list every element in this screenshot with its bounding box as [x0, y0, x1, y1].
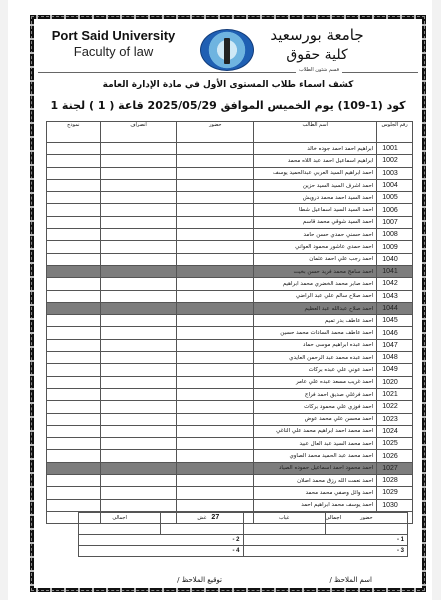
col-form: نموذج — [47, 122, 101, 143]
table-row: 1001ابراهيم احمد احمد جوده خالد — [47, 143, 413, 155]
university-logo-icon — [200, 29, 254, 71]
form-cell[interactable] — [47, 475, 101, 487]
form-cell[interactable] — [47, 339, 101, 351]
student-name: احمد وائل وصفي محمد محمد — [254, 487, 377, 499]
table-row: 1049احمد عوني علي عبده بركات — [47, 364, 413, 376]
form-cell[interactable] — [47, 241, 101, 253]
divider — [38, 72, 418, 73]
student-name: احمد محمود احمد اسماعيل حموده الصياد — [254, 462, 377, 474]
header-english: Port Said University Faculty of law — [46, 28, 181, 59]
summary-total: اجمالى — [79, 513, 161, 524]
form-cell[interactable] — [47, 327, 101, 339]
attendance-cell[interactable] — [177, 155, 254, 167]
table-row: 1007احمد السيد شوقي محمد قاسم — [47, 216, 413, 228]
summary-item-1: 1 - — [243, 535, 408, 546]
form-cell[interactable] — [47, 253, 101, 265]
seat-number: 1007 — [377, 216, 413, 228]
departure-cell[interactable] — [100, 241, 177, 253]
form-cell[interactable] — [47, 450, 101, 462]
departure-cell[interactable] — [100, 302, 177, 314]
summary-absence: غياب — [243, 513, 325, 524]
seat-number: 1020 — [377, 376, 413, 388]
seat-number: 1046 — [377, 327, 413, 339]
table-row: 1006احمد السيد السيد اسماعيل شطا — [47, 204, 413, 216]
summary-item-3: 3 - — [243, 546, 408, 557]
departure-cell[interactable] — [100, 155, 177, 167]
seat-number: 1048 — [377, 352, 413, 364]
form-cell[interactable] — [47, 192, 101, 204]
attendance-cell[interactable] — [177, 229, 254, 241]
seat-number: 1003 — [377, 167, 413, 179]
attendance-cell[interactable] — [177, 352, 254, 364]
document-title: كشف اسماء طلاب المستوى الأول في مادة الإ… — [38, 80, 418, 90]
seat-number: 1041 — [377, 265, 413, 277]
departure-cell[interactable] — [100, 376, 177, 388]
departure-cell[interactable] — [100, 265, 177, 277]
form-cell[interactable] — [47, 315, 101, 327]
summary-total-value[interactable] — [79, 524, 161, 535]
form-cell[interactable] — [47, 388, 101, 400]
student-name: ابراهيم احمد احمد جوده خالد — [254, 143, 377, 155]
departure-cell[interactable] — [100, 315, 177, 327]
departure-cell[interactable] — [100, 229, 177, 241]
summary-cheating: غش — [161, 513, 243, 524]
attendance-cell[interactable] — [177, 462, 254, 474]
form-cell[interactable] — [47, 499, 101, 511]
table-row: 1046احمد عاطف محمد السادات محمد حسين — [47, 327, 413, 339]
departure-cell[interactable] — [100, 253, 177, 265]
table-row: 1023احمد محسن علي محمد عوض — [47, 413, 413, 425]
student-name: احمد عبده محمد عبد الرحمن العايدي — [254, 352, 377, 364]
student-name: احمد رجب علي احمد عثمان — [254, 253, 377, 265]
summary-table: حضور غياب غش اجمالى 1 - 2 - 3 - 4 - — [78, 512, 408, 557]
seat-number: 1047 — [377, 339, 413, 351]
attendance-cell[interactable] — [177, 425, 254, 437]
table-row: 1003احمد ابراهيم السيد العربي عبدالحميد … — [47, 167, 413, 179]
student-name: احمد حسني حمدي حسن حامد — [254, 229, 377, 241]
col-departure: انصراف — [100, 122, 177, 143]
department-label: قسم شئون الطلاب — [296, 67, 342, 73]
form-cell[interactable] — [47, 265, 101, 277]
student-name: احمد عاطف محمد السادات محمد حسين — [254, 327, 377, 339]
exam-details: كود (1-109) يوم الخميس الموافق 2025/05/2… — [38, 99, 418, 112]
departure-cell[interactable] — [100, 167, 177, 179]
table-row: 1041احمد سامح محمد فريد حسن بخيت — [47, 265, 413, 277]
departure-cell[interactable] — [100, 192, 177, 204]
departure-cell[interactable] — [100, 278, 177, 290]
attendance-cell[interactable] — [177, 315, 254, 327]
table-row: 1005احمد السيد احمد محمد درويش — [47, 192, 413, 204]
university-name-en: Port Said University — [46, 28, 181, 43]
attendance-cell[interactable] — [177, 499, 254, 511]
observer-signature-label: توقيع الملاحظ / — [177, 576, 222, 584]
form-cell[interactable] — [47, 352, 101, 364]
departure-cell[interactable] — [100, 290, 177, 302]
seat-number: 1008 — [377, 229, 413, 241]
seat-number: 1029 — [377, 487, 413, 499]
student-name: احمد اشرف السيد السيد حزين — [254, 179, 377, 191]
attendance-cell[interactable] — [177, 487, 254, 499]
student-name: احمد سامح محمد فريد حسن بخيت — [254, 265, 377, 277]
form-cell[interactable] — [47, 364, 101, 376]
table-row: 1024احمد محمد احمد ابراهيم محمد علي النا… — [47, 425, 413, 437]
summary-row: 1 - 2 - — [79, 535, 408, 546]
student-name: احمد صابر محمد الخضري محمد ابراهيم — [254, 278, 377, 290]
summary-absence-value[interactable] — [243, 524, 325, 535]
student-name: احمد نعمت الله رزق محمد اصلان — [254, 475, 377, 487]
form-cell[interactable] — [47, 413, 101, 425]
seat-number: 1025 — [377, 438, 413, 450]
departure-cell[interactable] — [100, 499, 177, 511]
form-cell[interactable] — [47, 487, 101, 499]
student-name: احمد محمد عبد الحميد محمد الصاوي — [254, 450, 377, 462]
seat-number: 1042 — [377, 278, 413, 290]
form-cell[interactable] — [47, 401, 101, 413]
seat-number: 1049 — [377, 364, 413, 376]
summary-item-2: 2 - — [79, 535, 244, 546]
form-cell[interactable] — [47, 438, 101, 450]
departure-cell[interactable] — [100, 401, 177, 413]
student-name: احمد فوزي علي محمود بركات — [254, 401, 377, 413]
document-page: Port Said University Faculty of law جامع… — [8, 0, 432, 600]
student-name: احمد عوني علي عبده بركات — [254, 364, 377, 376]
seat-number: 1027 — [377, 462, 413, 474]
table-row: 1002ابراهيم اسماعيل احمد عبد اللاه محمد — [47, 155, 413, 167]
attendance-cell[interactable] — [177, 475, 254, 487]
departure-cell[interactable] — [100, 216, 177, 228]
attendance-cell[interactable] — [177, 339, 254, 351]
summary-item-4: 4 - — [79, 546, 244, 557]
table-row: 1004احمد اشرف السيد السيد حزين — [47, 179, 413, 191]
summary-header-row: حضور غياب غش اجمالى — [79, 513, 408, 524]
student-name: احمد محمد السيد عبد العال عبيد — [254, 438, 377, 450]
departure-cell[interactable] — [100, 364, 177, 376]
form-cell[interactable] — [47, 425, 101, 437]
student-name: احمد محسن علي محمد عوض — [254, 413, 377, 425]
table-row: 1047احمد عبده ابراهيم موسى حماد — [47, 339, 413, 351]
table-row: 1027احمد محمود احمد اسماعيل حموده الصياد — [47, 462, 413, 474]
departure-cell[interactable] — [100, 413, 177, 425]
seat-number: 1044 — [377, 302, 413, 314]
summary-attendance: حضور — [325, 513, 407, 524]
seat-number: 1043 — [377, 290, 413, 302]
departure-cell[interactable] — [100, 487, 177, 499]
attendance-cell[interactable] — [177, 450, 254, 462]
student-name: احمد حمدي عاشور محمود العواني — [254, 241, 377, 253]
attendance-cell[interactable] — [177, 241, 254, 253]
seat-number: 1030 — [377, 499, 413, 511]
form-cell[interactable] — [47, 229, 101, 241]
table-row: 1045احمد عاطف بدر تميم — [47, 315, 413, 327]
seat-number: 1023 — [377, 413, 413, 425]
form-cell[interactable] — [47, 278, 101, 290]
table-row: 1029احمد وائل وصفي محمد محمد — [47, 487, 413, 499]
form-cell[interactable] — [47, 143, 101, 155]
summary-values-row — [79, 524, 408, 535]
departure-cell[interactable] — [100, 143, 177, 155]
departure-cell[interactable] — [100, 462, 177, 474]
table-row: 1048احمد عبده محمد عبد الرحمن العايدي — [47, 352, 413, 364]
attendance-cell[interactable] — [177, 401, 254, 413]
seat-number: 1004 — [377, 179, 413, 191]
departure-cell[interactable] — [100, 425, 177, 437]
student-name: احمد يوسف محمد ابراهيم احمد — [254, 499, 377, 511]
table-row: 1020احمد غريب مسعد عبده علي عامر — [47, 376, 413, 388]
attendance-cell[interactable] — [177, 216, 254, 228]
form-cell[interactable] — [47, 376, 101, 388]
table-row: 1022احمد فوزي علي محمود بركات — [47, 401, 413, 413]
table-row: 1026احمد محمد عبد الحميد محمد الصاوي — [47, 450, 413, 462]
form-cell[interactable] — [47, 216, 101, 228]
seat-number: 1022 — [377, 401, 413, 413]
seat-number: 1045 — [377, 315, 413, 327]
attendance-cell[interactable] — [177, 192, 254, 204]
attendance-cell[interactable] — [177, 413, 254, 425]
faculty-name-en: Faculty of law — [46, 44, 181, 59]
observer-name-label: اسم الملاحظ / — [329, 576, 372, 584]
col-student-name: اسم الطالب — [254, 122, 377, 143]
seat-number: 1006 — [377, 204, 413, 216]
attendance-cell[interactable] — [177, 327, 254, 339]
table-row: 1008احمد حسني حمدي حسن حامد — [47, 229, 413, 241]
col-seat-number: رقم الجلوس — [377, 122, 413, 143]
summary-row: 3 - 4 - — [79, 546, 408, 557]
university-name-ar: جامعة بورسعيد — [262, 26, 372, 44]
form-cell[interactable] — [47, 167, 101, 179]
form-cell[interactable] — [47, 462, 101, 474]
faculty-name-ar: كلية حقوق — [262, 47, 372, 63]
table-row: 1043احمد صلاح سالم علي عبد الراضي — [47, 290, 413, 302]
student-name: احمد السيد السيد اسماعيل شطا — [254, 204, 377, 216]
students-table: رقم الجلوس اسم الطالب حضور انصراف نموذج … — [46, 121, 413, 524]
departure-cell[interactable] — [100, 339, 177, 351]
form-cell[interactable] — [47, 179, 101, 191]
student-name: احمد صلاح سالم علي عبد الراضي — [254, 290, 377, 302]
seat-number: 1026 — [377, 450, 413, 462]
attendance-cell[interactable] — [177, 253, 254, 265]
form-cell[interactable] — [47, 290, 101, 302]
attendance-cell[interactable] — [177, 290, 254, 302]
form-cell[interactable] — [47, 302, 101, 314]
attendance-cell[interactable] — [177, 302, 254, 314]
table-row: 1042احمد صابر محمد الخضري محمد ابراهيم — [47, 278, 413, 290]
student-name: احمد السيد شوقي محمد قاسم — [254, 216, 377, 228]
form-cell[interactable] — [47, 155, 101, 167]
attendance-cell[interactable] — [177, 388, 254, 400]
attendance-cell[interactable] — [177, 143, 254, 155]
table-row: 1028احمد نعمت الله رزق محمد اصلان — [47, 475, 413, 487]
attendance-cell[interactable] — [177, 278, 254, 290]
table-row: 1021احمد فرغلي صديق احمد فراج — [47, 388, 413, 400]
attendance-cell[interactable] — [177, 167, 254, 179]
summary-attendance-value[interactable] — [325, 524, 407, 535]
summary-cheating-value[interactable] — [161, 524, 243, 535]
departure-cell[interactable] — [100, 327, 177, 339]
student-name: احمد صلاح عبدالله عبد العظيم — [254, 302, 377, 314]
header-arabic: جامعة بورسعيد كلية حقوق — [262, 26, 372, 63]
form-cell[interactable] — [47, 204, 101, 216]
attendance-cell[interactable] — [177, 438, 254, 450]
table-header-row: رقم الجلوس اسم الطالب حضور انصراف نموذج — [47, 122, 413, 143]
seat-number: 1021 — [377, 388, 413, 400]
seat-number: 1024 — [377, 425, 413, 437]
student-name: احمد فرغلي صديق احمد فراج — [254, 388, 377, 400]
col-attendance: حضور — [177, 122, 254, 143]
seat-number: 1005 — [377, 192, 413, 204]
table-row: 1030احمد يوسف محمد ابراهيم احمد — [47, 499, 413, 511]
student-name: احمد عاطف بدر تميم — [254, 315, 377, 327]
student-name: احمد السيد احمد محمد درويش — [254, 192, 377, 204]
student-name: احمد محمد احمد ابراهيم محمد علي الناغي — [254, 425, 377, 437]
attendance-cell[interactable] — [177, 376, 254, 388]
table-row: 1044احمد صلاح عبدالله عبد العظيم — [47, 302, 413, 314]
seat-number: 1001 — [377, 143, 413, 155]
seat-number: 1002 — [377, 155, 413, 167]
table-row: 1040احمد رجب علي احمد عثمان — [47, 253, 413, 265]
table-row: 1009احمد حمدي عاشور محمود العواني — [47, 241, 413, 253]
departure-cell[interactable] — [100, 179, 177, 191]
departure-cell[interactable] — [100, 450, 177, 462]
student-name: احمد عبده ابراهيم موسى حماد — [254, 339, 377, 351]
attendance-cell[interactable] — [177, 364, 254, 376]
attendance-cell[interactable] — [177, 265, 254, 277]
student-name: ابراهيم اسماعيل احمد عبد اللاه محمد — [254, 155, 377, 167]
departure-cell[interactable] — [100, 352, 177, 364]
seat-number: 1009 — [377, 241, 413, 253]
table-row: 1025احمد محمد السيد عبد العال عبيد — [47, 438, 413, 450]
seat-number: 1028 — [377, 475, 413, 487]
seat-number: 1040 — [377, 253, 413, 265]
departure-cell[interactable] — [100, 388, 177, 400]
departure-cell[interactable] — [100, 475, 177, 487]
student-name: احمد غريب مسعد عبده علي عامر — [254, 376, 377, 388]
student-name: احمد ابراهيم السيد العربي عبدالحميد يوسف — [254, 167, 377, 179]
attendance-cell[interactable] — [177, 204, 254, 216]
attendance-cell[interactable] — [177, 179, 254, 191]
departure-cell[interactable] — [100, 204, 177, 216]
departure-cell[interactable] — [100, 438, 177, 450]
